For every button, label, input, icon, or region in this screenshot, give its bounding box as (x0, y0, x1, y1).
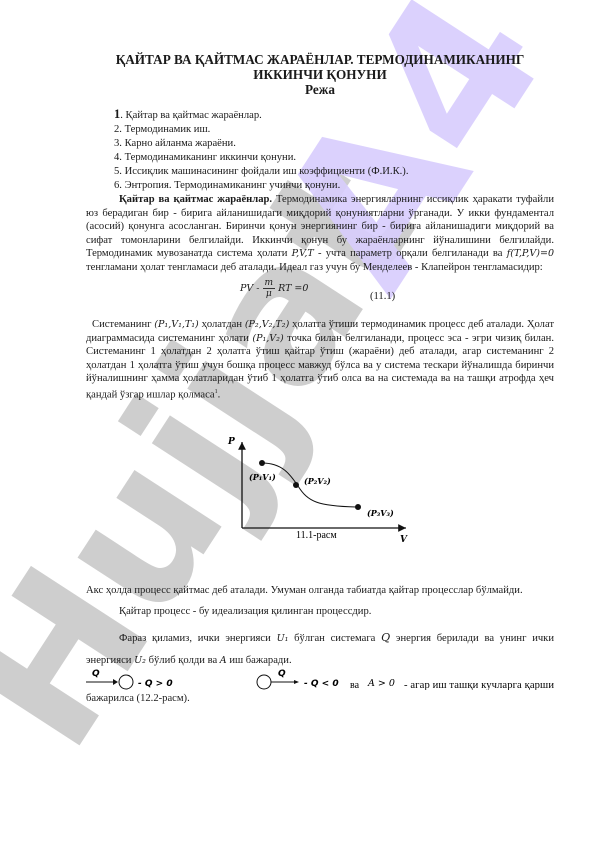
heat-sign-row: Q - Q > 0 Q - Q < 0 ва A > 0 - агар иш т… (86, 672, 554, 692)
pv-diagram: P V (P₁V₁) (P₂V₂) (P₃V₃) 11.1-расм (86, 432, 554, 582)
plan-item: 5. Иссиқлик машинасининг фойдали иш коэф… (114, 165, 554, 179)
document-page: Hujjat A4 ҚАЙТАР ВА ҚАЙТМАС ЖАРАЁНЛАР. Т… (0, 0, 596, 842)
point-2 (293, 482, 299, 488)
point-2-label: (P₂V₂) (304, 476, 331, 486)
plan-item: 4. Термодинамиканинг иккинчи қонуни. (114, 151, 554, 165)
formula-number: (11.1) (370, 291, 395, 302)
math-pvt: P,V,T (292, 248, 314, 259)
system-circle-out (257, 675, 271, 689)
point-1-label: (P₁V₁) (249, 472, 276, 482)
section-heading: Қайтар ва қайтмас жараёнлар. (119, 194, 272, 205)
q-out-label: Q (278, 669, 286, 679)
point-1 (259, 460, 265, 466)
q-positive-label: - Q > 0 (138, 679, 173, 689)
a-positive-label: A > 0 (367, 678, 395, 689)
q-in-label: Q (92, 669, 100, 679)
plan-heading: Режа (86, 82, 554, 97)
document-body: ҚАЙТАР ВА ҚАЙТМАС ЖАРАЁНЛАР. ТЕРМОДИНАМИ… (86, 52, 554, 705)
p-axis-label: P (227, 437, 235, 447)
paragraph-intro: Қайтар ва қайтмас жараёнлар. Термодинами… (86, 193, 554, 274)
plan-item: 2. Термодинамик иш. (114, 123, 554, 137)
svg-text:ва: ва (350, 680, 360, 690)
point-3-label: (P₃V₃) (367, 508, 394, 518)
paragraph-reversible-def: Қайтар процесс - бу идеализация қилинган… (86, 605, 554, 619)
q-negative-label: - Q < 0 (304, 679, 339, 689)
formula-11-1: PV - mμ RT =0 (11.1) (86, 274, 554, 310)
pv-diagram-svg: P V (P₁V₁) (P₂V₂) (P₃V₃) 11.1-расм (86, 432, 554, 582)
plan-item: 3. Карно айланма жараёни. (114, 137, 554, 151)
page-title: ҚАЙТАР ВА ҚАЙТМАС ЖАРАЁНЛАР. ТЕРМОДИНАМИ… (86, 52, 554, 67)
paragraph-process: Системанинг (P₁,V₁,T₁) ҳолатдан (P₂,V₂,T… (86, 318, 554, 402)
math-state-function: f(T,P,V)=0 (507, 248, 554, 259)
point-3 (355, 504, 361, 510)
plan-item: 6. Энтропия. Термодинамиканинг учинчи қо… (114, 179, 554, 193)
paragraph-energy: Фараз қиламиз, ички энергияси U₁ бўлган … (86, 627, 554, 672)
formula-expression: PV - mμ RT =0 (240, 278, 308, 299)
paragraph-end: бажарилса (12.2-расм). (86, 692, 554, 706)
plan-list: 1. Қайтар ва қайтмас жараёнлар. 2. Термо… (86, 107, 554, 193)
figure-caption: 11.1-расм (296, 530, 337, 541)
svg-text:- агар иш ташқи кучларга қарши: - агар иш ташқи кучларга қарши (404, 680, 554, 690)
page-title-line2: ИККИНЧИ ҚОНУНИ (86, 67, 554, 82)
plan-item: 1. Қайтар ва қайтмас жараёнлар. (114, 107, 554, 123)
system-circle-in (119, 675, 133, 689)
paragraph-irreversible: Акс ҳолда процесс қайтмас деб аталади. У… (86, 584, 554, 598)
fraction: mμ (263, 278, 276, 299)
v-axis-label: V (400, 535, 408, 545)
